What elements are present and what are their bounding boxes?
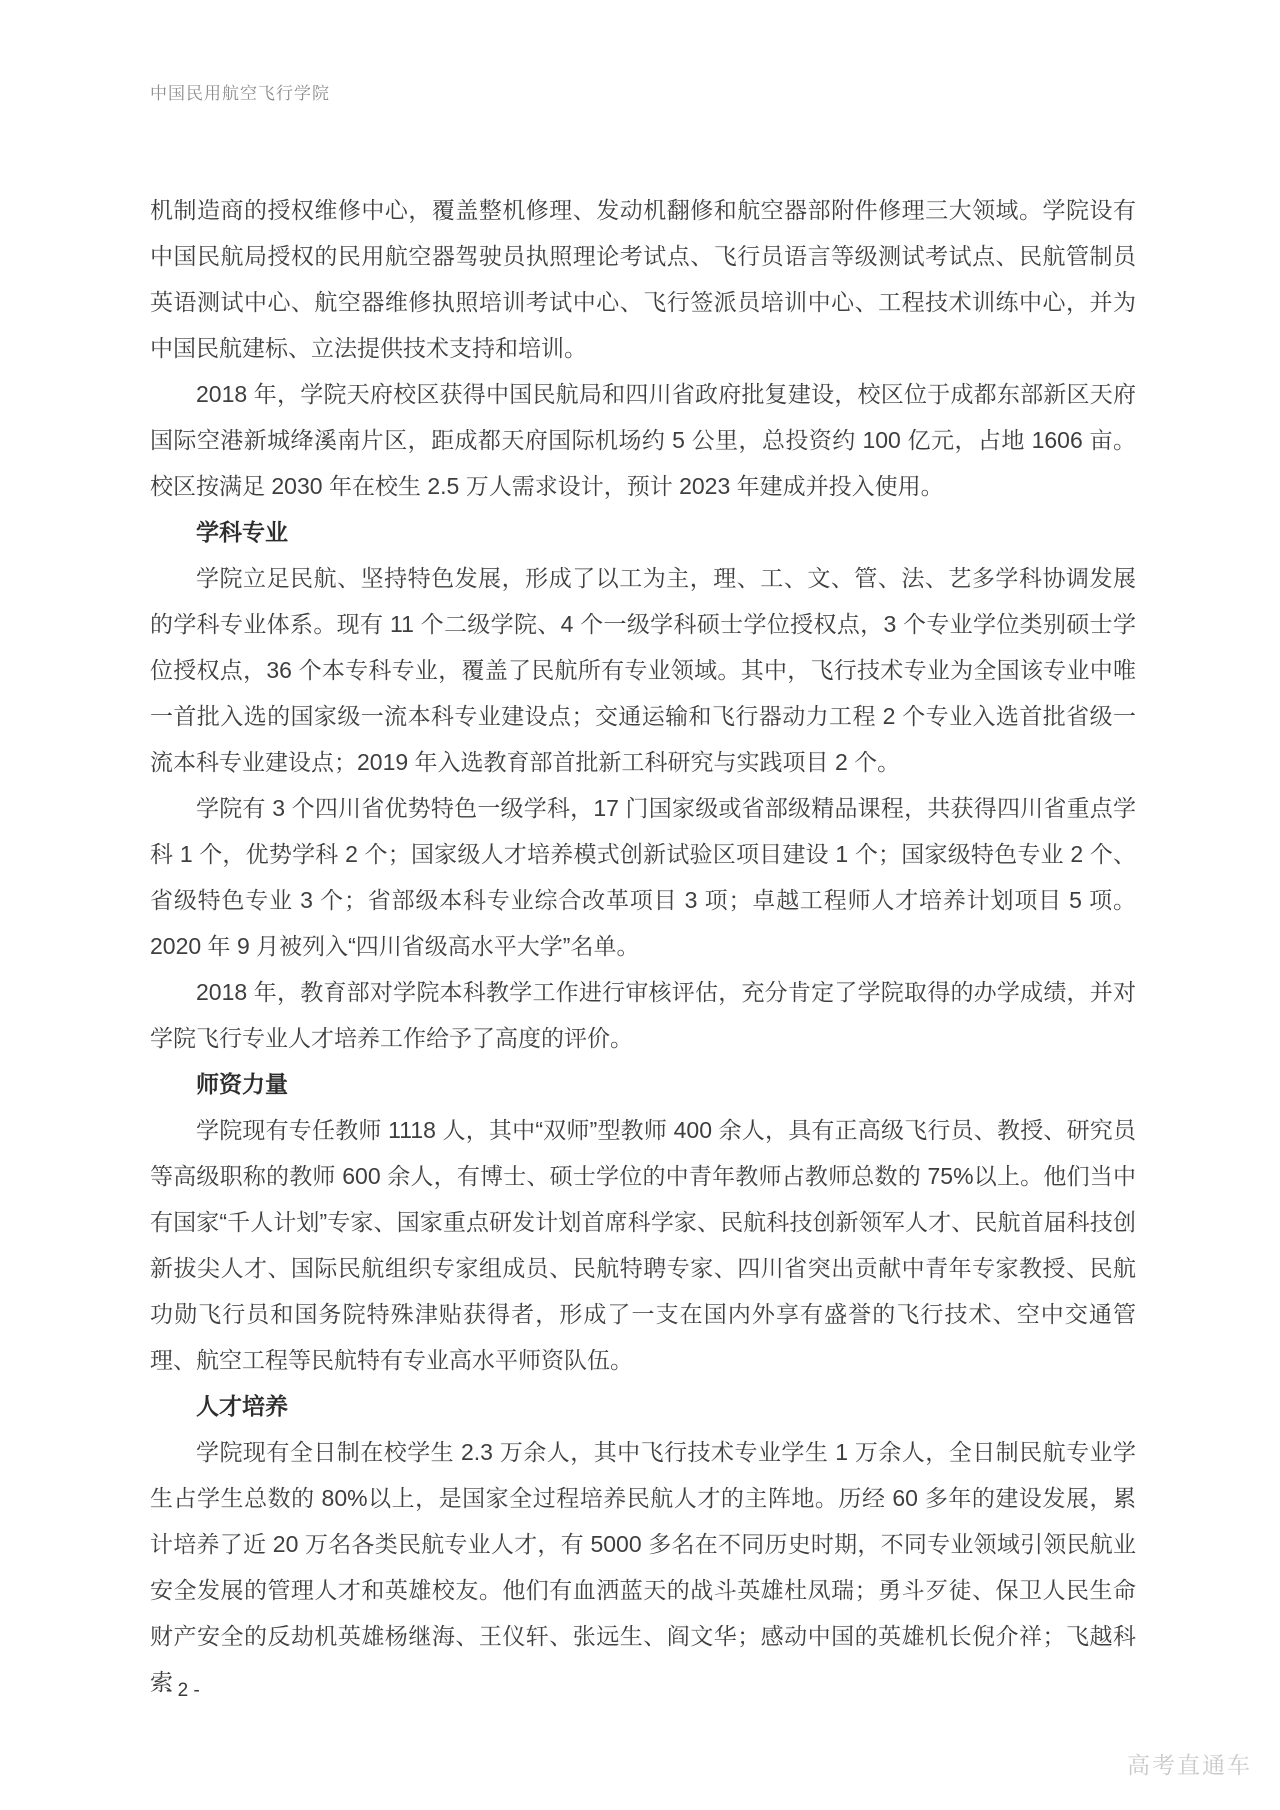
paragraph-talent: 学院现有全日制在校学生 2.3 万余人，其中飞行技术专业学生 1 万余人，全日制…	[150, 1429, 1136, 1705]
paragraph-tianfu-campus: 2018 年，学院天府校区获得中国民航局和四川省政府批复建设，校区位于成都东部新…	[150, 371, 1136, 509]
section-heading-talent: 人才培养	[150, 1383, 1136, 1429]
section-heading-faculty: 师资力量	[150, 1061, 1136, 1107]
document-body: 机制造商的授权维修中心，覆盖整机修理、发动机翻修和航空器部附件修理三大领域。学院…	[150, 187, 1136, 1705]
paragraph-discipline-system: 学院立足民航、坚持特色发展，形成了以工为主，理、工、文、管、法、艺多学科协调发展…	[150, 555, 1136, 785]
document-page: 中国民用航空飞行学院 机制造商的授权维修中心，覆盖整机修理、发动机翻修和航空器部…	[0, 0, 1280, 1810]
page-number: - 2 -	[166, 1678, 200, 1704]
page-header-title: 中国民用航空飞行学院	[150, 82, 330, 106]
paragraph-evaluation-2018: 2018 年，教育部对学院本科教学工作进行审核评估，充分肯定了学院取得的办学成绩…	[150, 969, 1136, 1061]
paragraph-faculty: 学院现有专任教师 1118 人，其中“双师”型教师 400 余人，具有正高级飞行…	[150, 1107, 1136, 1383]
paragraph-continuation: 机制造商的授权维修中心，覆盖整机修理、发动机翻修和航空器部附件修理三大领域。学院…	[150, 187, 1136, 371]
watermark-text: 高考直通车	[1127, 1750, 1252, 1780]
paragraph-key-disciplines: 学院有 3 个四川省优势特色一级学科，17 门国家级或省部级精品课程，共获得四川…	[150, 785, 1136, 969]
section-heading-disciplines: 学科专业	[150, 509, 1136, 555]
